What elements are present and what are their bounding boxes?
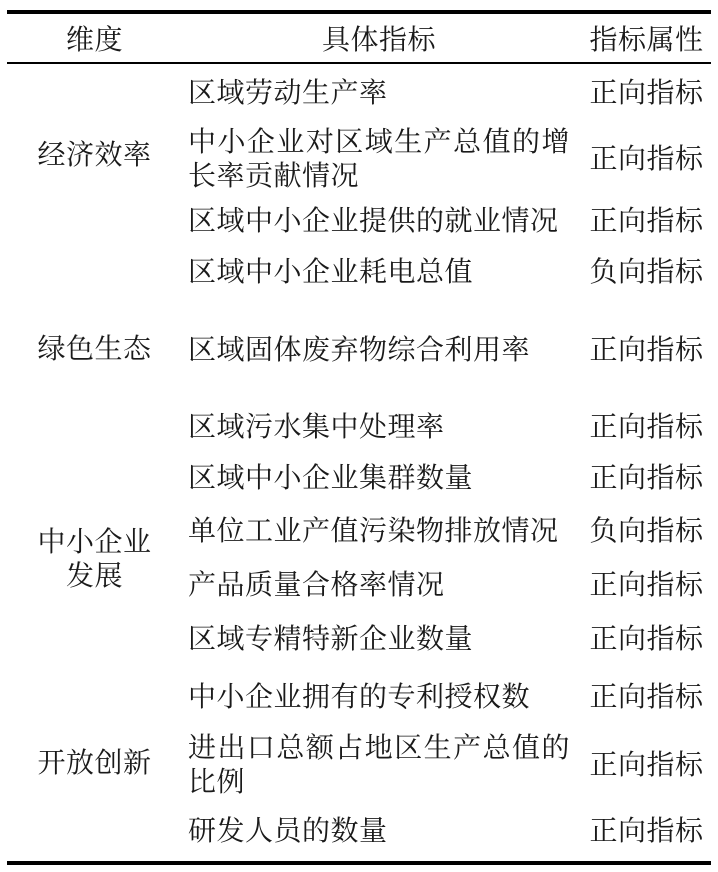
dimension-cell: 开放创新 xyxy=(7,667,182,863)
attribute-cell: 正向指标 xyxy=(582,803,711,863)
indicator-table: 维度 具体指标 指标属性 经济效率 区域劳动生产率 正向指标 中小企业对区域生产… xyxy=(7,10,711,865)
attribute-cell: 正向指标 xyxy=(582,63,711,123)
table-header: 维度 具体指标 指标属性 xyxy=(7,12,711,63)
col-header-dimension: 维度 xyxy=(7,12,182,63)
attribute-cell: 负向指标 xyxy=(582,247,711,299)
indicator-cell: 进出口总额占地区生产总值的比例 xyxy=(182,729,582,803)
indicator-cell: 区域中小企业耗电总值 xyxy=(182,247,582,299)
indicator-cell: 产品质量合格率情况 xyxy=(182,559,582,613)
attribute-cell: 正向指标 xyxy=(582,729,711,803)
indicator-cell: 区域中小企业提供的就业情况 xyxy=(182,197,582,247)
indicator-cell: 研发人员的数量 xyxy=(182,803,582,863)
indicator-cell: 区域污水集中处理率 xyxy=(182,403,582,453)
table-container: 维度 具体指标 指标属性 经济效率 区域劳动生产率 正向指标 中小企业对区域生产… xyxy=(7,10,711,865)
indicator-cell: 区域固体废弃物综合利用率 xyxy=(182,299,582,403)
dimension-cell: 中小企业发展 xyxy=(7,453,182,667)
attribute-cell: 正向指标 xyxy=(582,197,711,247)
dimension-cell: 经济效率 xyxy=(7,63,182,247)
indicator-cell: 区域中小企业集群数量 xyxy=(182,453,582,505)
table-body: 经济效率 区域劳动生产率 正向指标 中小企业对区域生产总值的增长率贡献情况 正向… xyxy=(7,63,711,863)
indicator-cell: 单位工业产值污染物排放情况 xyxy=(182,505,582,559)
indicator-cell: 中小企业对区域生产总值的增长率贡献情况 xyxy=(182,123,582,197)
indicator-cell: 区域专精特新企业数量 xyxy=(182,613,582,667)
indicator-cell: 中小企业拥有的专利授权数 xyxy=(182,667,582,729)
table-row: 绿色生态 区域中小企业耗电总值 负向指标 xyxy=(7,247,711,299)
attribute-cell: 正向指标 xyxy=(582,453,711,505)
table-row: 开放创新 中小企业拥有的专利授权数 正向指标 xyxy=(7,667,711,729)
header-row: 维度 具体指标 指标属性 xyxy=(7,12,711,63)
table-row: 中小企业发展 区域中小企业集群数量 正向指标 xyxy=(7,453,711,505)
attribute-cell: 正向指标 xyxy=(582,667,711,729)
col-header-indicator: 具体指标 xyxy=(182,12,582,63)
indicator-cell: 区域劳动生产率 xyxy=(182,63,582,123)
attribute-cell: 正向指标 xyxy=(582,559,711,613)
dimension-cell: 绿色生态 xyxy=(7,247,182,453)
attribute-cell: 正向指标 xyxy=(582,613,711,667)
attribute-cell: 正向指标 xyxy=(582,123,711,197)
col-header-attribute: 指标属性 xyxy=(582,12,711,63)
table-row: 经济效率 区域劳动生产率 正向指标 xyxy=(7,63,711,123)
attribute-cell: 正向指标 xyxy=(582,299,711,403)
attribute-cell: 正向指标 xyxy=(582,403,711,453)
attribute-cell: 负向指标 xyxy=(582,505,711,559)
